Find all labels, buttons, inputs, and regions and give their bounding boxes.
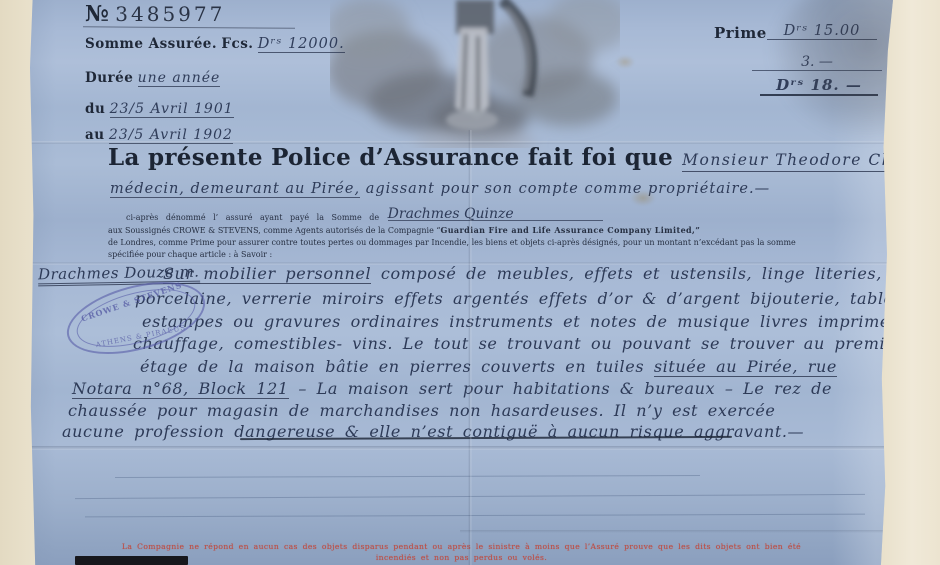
insured-description: médecin, demeurant au Pirée, agissant po…: [110, 181, 770, 197]
handwritten-line: chaussée pour magasin de marchandises no…: [68, 401, 775, 420]
handwritten-line: étage de la maison bâtie en pierres couv…: [140, 357, 837, 376]
handwritten-segment: composé de meubles, effets et ustensils,…: [371, 264, 940, 283]
handwritten-segment: chauffage, comestibles- vins. Le tout se…: [133, 334, 904, 353]
handwritten-segment: étage de la maison bâtie en pierres couv…: [140, 357, 654, 376]
duration-label: Durée: [85, 70, 133, 86]
start-date-label: du: [85, 101, 105, 117]
policy-headline: La présente Police d’Assurance fait foi …: [108, 144, 883, 171]
handwritten-segment: porcelaine, verrerie miroirs effets arge…: [135, 289, 924, 308]
start-date-value: 23/5 Avril 1901: [110, 101, 234, 118]
premium-total: Dʳˢ 18. —: [760, 76, 878, 96]
insured-profession: médecin, demeurant au Pirée,: [110, 181, 360, 198]
printed-clauses: ci-après dénommé l’ assuré ayant payé la…: [108, 210, 870, 261]
handwritten-segment: – La maison sert pour habitations & bure…: [289, 379, 832, 398]
premium-addition: 3. —: [752, 54, 882, 71]
insured-name: Monsieur Theodore Chrissovizianos,: [682, 151, 940, 172]
horizontal-crease: [30, 446, 893, 450]
clause-line-1-text: ci-après dénommé l’ assuré ayant payé la…: [126, 213, 379, 222]
horizontal-crease: [460, 530, 893, 533]
headline-printed-text: La présente Police d’Assurance fait foi …: [108, 144, 673, 171]
clause-line-3: de Londres, comme Prime pour assurer con…: [108, 237, 870, 249]
handwritten-segment: chaussée pour magasin de marchandises no…: [68, 401, 775, 420]
currency-label: Fcs.: [221, 36, 253, 52]
premium-label: Prime: [714, 24, 767, 42]
sum-insured-row: Somme Assurée. Fcs. Dʳˢ 12000.: [85, 36, 345, 52]
end-date-label: au: [85, 127, 105, 143]
blank-rule-line: [75, 494, 865, 499]
blank-rule-line: [85, 514, 865, 518]
sum-insured-label: Somme Assurée.: [85, 36, 217, 52]
warning-line-2: incendiés et non pas perdus ou volés.: [30, 552, 893, 563]
agents-clause: aux Soussignés CROWE & STEVENS, comme Ag…: [108, 226, 440, 235]
red-warning-clause: La Compagnie ne répond en aucun cas des …: [30, 541, 893, 563]
handwritten-line: Notara n°68, Block 121 – La maison sert …: [72, 379, 832, 398]
company-name: Guardian Fire and Life Assurance Company…: [440, 225, 700, 235]
blue-policy-paper: № 3485977 Somme Assurée. Fcs. Dʳˢ 12000.…: [30, 0, 893, 565]
handwritten-line: Sur mobilier personnel composé de meuble…: [163, 264, 940, 283]
handwritten-line: porcelaine, verrerie miroirs effets arge…: [135, 289, 924, 308]
photographed-policy-document: № 3485977 Somme Assurée. Fcs. Dʳˢ 12000.…: [0, 0, 940, 565]
handwritten-segment: estampes ou gravures ordinaires instrume…: [142, 312, 904, 331]
end-date-row: au 23/5 Avril 1902: [85, 127, 233, 143]
policy-number: № 3485977: [85, 1, 225, 27]
handwritten-segment: aucune profession dangereuse & elle n’es…: [62, 422, 804, 441]
duration-row: Durée une année: [85, 70, 220, 86]
duration-value: une année: [138, 70, 221, 87]
handwritten-line: aucune profession dangereuse & elle n’es…: [62, 422, 804, 441]
sum-insured-value: Dʳˢ 12000.: [258, 36, 345, 53]
handwritten-line: estampes ou gravures ordinaires instrume…: [142, 312, 904, 331]
handwritten-segment: Notara n°68, Block 121: [72, 379, 289, 399]
handwritten-segment: située au Pirée, rue: [654, 357, 837, 377]
numero-symbol: №: [85, 1, 109, 27]
start-date-row: du 23/5 Avril 1901: [85, 101, 234, 117]
policy-number-value: 3485977: [115, 2, 225, 26]
blank-rule-line: [115, 475, 700, 478]
handwritten-line: chauffage, comestibles- vins. Le tout se…: [133, 334, 904, 353]
premium-value: Dʳˢ 15.00: [767, 23, 877, 40]
premium-amount-handwritten: Drachmes Quinze: [388, 208, 603, 221]
end-date-value: 23/5 Avril 1902: [109, 127, 233, 144]
clause-line-4: spécifiée pour chaque article : à Savoir…: [108, 249, 870, 261]
insured-capacity: agissant pour son compte comme propriéta…: [360, 181, 770, 197]
clause-line-1: ci-après dénommé l’ assuré ayant payé la…: [108, 210, 870, 224]
warning-line-1: La Compagnie ne répond en aucun cas des …: [30, 541, 893, 552]
allegorical-figure-engraving: [330, 0, 620, 148]
clause-line-2: aux Soussignés CROWE & STEVENS, comme Ag…: [108, 224, 870, 237]
